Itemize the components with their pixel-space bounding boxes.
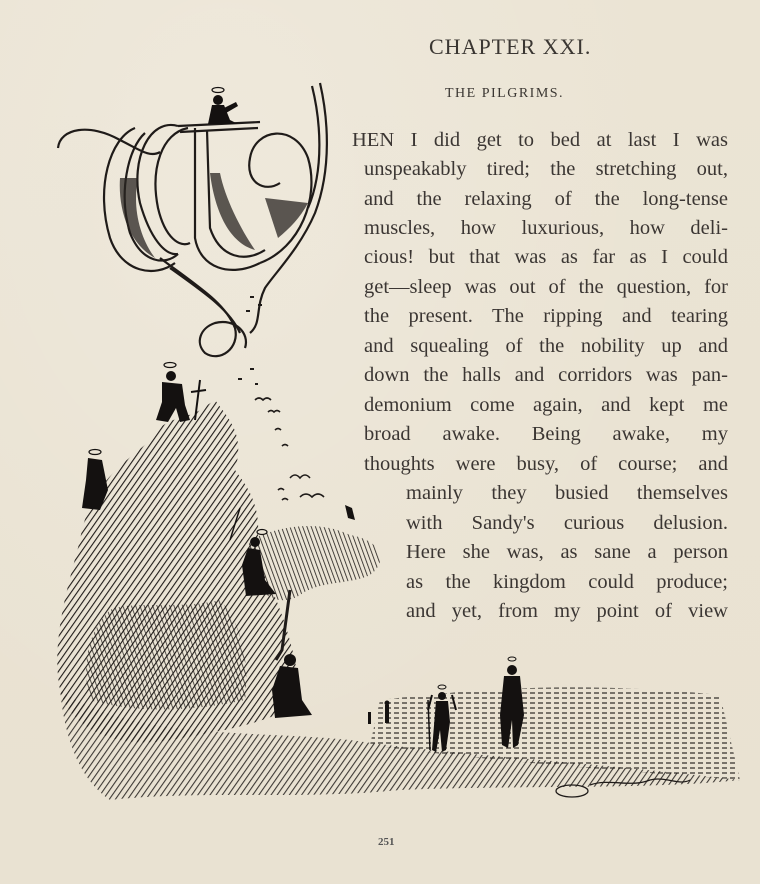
text-line: with Sandy's curious delusion. [406,509,728,538]
text-line: Here she was, as sane a person [406,538,728,567]
chapter-subtitle: THE PILGRIMS. [445,86,645,102]
text-line: demonium come again, and kept me [364,391,728,420]
page-number: 251 [378,836,395,848]
text-line: broad awake. Being awake, my [364,420,728,449]
book-page: CHAPTER XXI. THE PILGRIMS. [0,0,760,884]
text-line: muscles, how luxurious, how deli- [364,214,728,243]
text-line: the present. The ripping and tearing [364,302,728,331]
text-line: unspeakably tired; the stretching out, [364,155,728,184]
text-line: and the relaxing of the long-tense [364,185,728,214]
drop-cap-w-illustration [50,78,350,398]
chapter-title: CHAPTER XXI. [429,34,729,60]
text-line: HEN I did get to bed at last I was [352,126,728,155]
text-line: cious! but that was as far as I could [364,243,728,272]
text-line: and squealing of the nobility up and [364,332,728,361]
text-line: get—sleep was out of the question, for [364,273,728,302]
text-line: mainly they busied themselves [406,479,728,508]
text-line: down the halls and corridors was pan- [364,361,728,390]
text-line: and yet, from my point of view [406,597,728,626]
text-line: thoughts were busy, of course; and [364,450,728,479]
text-line: as the kingdom could produce; [406,568,728,597]
